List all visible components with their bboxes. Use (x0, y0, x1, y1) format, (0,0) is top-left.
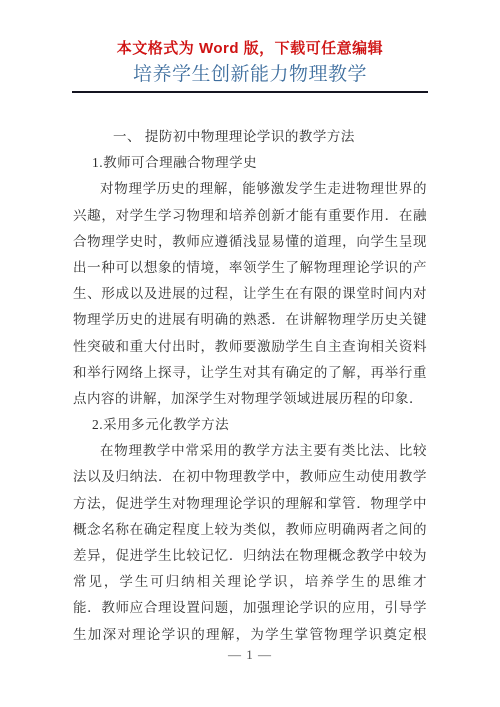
format-notice: 本文格式为 Word 版，下载可任意编辑 (0, 37, 500, 58)
document-line: 常见，学生可归纳相关理论学识，培养学生的思维才 (73, 569, 427, 595)
document-line: 能．教师应合理设置问题，加强理论学识的应用，引导学 (73, 595, 427, 621)
document-line: 概念名称在确定程度上较为类似，教师应明确两者之间的 (73, 517, 427, 543)
document-title: 培养学生创新能力物理教学 (0, 59, 500, 86)
document-body: 一、 提防初中物理理论学识的教学方法 1.教师可合理融合物理学史 对物理学历史的… (73, 124, 427, 648)
document-line: 出一种可以想象的情境，率领学生了解物理理论学识的产 (73, 255, 427, 281)
document-line: 兴趣，对学生学习物理和培养创新才能有重要作用．在融 (73, 203, 427, 229)
subsection-heading: 1.教师可合理融合物理学史 (73, 150, 427, 176)
document-line: 方法，促进学生对物理理论学识的理解和掌管．物理学中 (73, 491, 427, 517)
subsection-heading: 2.采用多元化教学方法 (73, 412, 427, 438)
document-line: 物理学历史的进展有明确的熟悉．在讲解物理学历史关键 (73, 307, 427, 333)
document-line: 点内容的讲解，加深学生对物理学领域进展历程的印象． (73, 386, 427, 412)
document-line: 合物理学史时，教师应遵循浅显易懂的道理，向学生呈现 (73, 229, 427, 255)
page-number: — 1 — (0, 647, 500, 663)
document-line: 法以及归纳法．在初中物理教学中，教师应生动使用教学 (73, 464, 427, 490)
document-line: 性突破和重大付出时，教师要激励学生自主查询相关资料 (73, 334, 427, 360)
document-page: 本文格式为 Word 版，下载可任意编辑 培养学生创新能力物理教学 一、 提防初… (0, 0, 500, 707)
document-line: 和举行网络上探寻，让学生对其有确定的了解，再举行重 (73, 360, 427, 386)
document-line: 在物理教学中常采用的教学方法主要有类比法、比较 (73, 438, 427, 464)
document-line: 生加深对理论学识的理解，为学生掌管物理学识奠定根 (73, 622, 427, 648)
title-underline (72, 91, 428, 93)
section-heading: 一、 提防初中物理理论学识的教学方法 (73, 124, 427, 150)
document-line: 对物理学历史的理解，能够激发学生走进物理世界的 (73, 176, 427, 202)
document-line: 生、形成以及进展的过程，让学生在有限的课堂时间内对 (73, 281, 427, 307)
document-line: 差异，促进学生比较记忆．归纳法在物理概念教学中较为 (73, 543, 427, 569)
